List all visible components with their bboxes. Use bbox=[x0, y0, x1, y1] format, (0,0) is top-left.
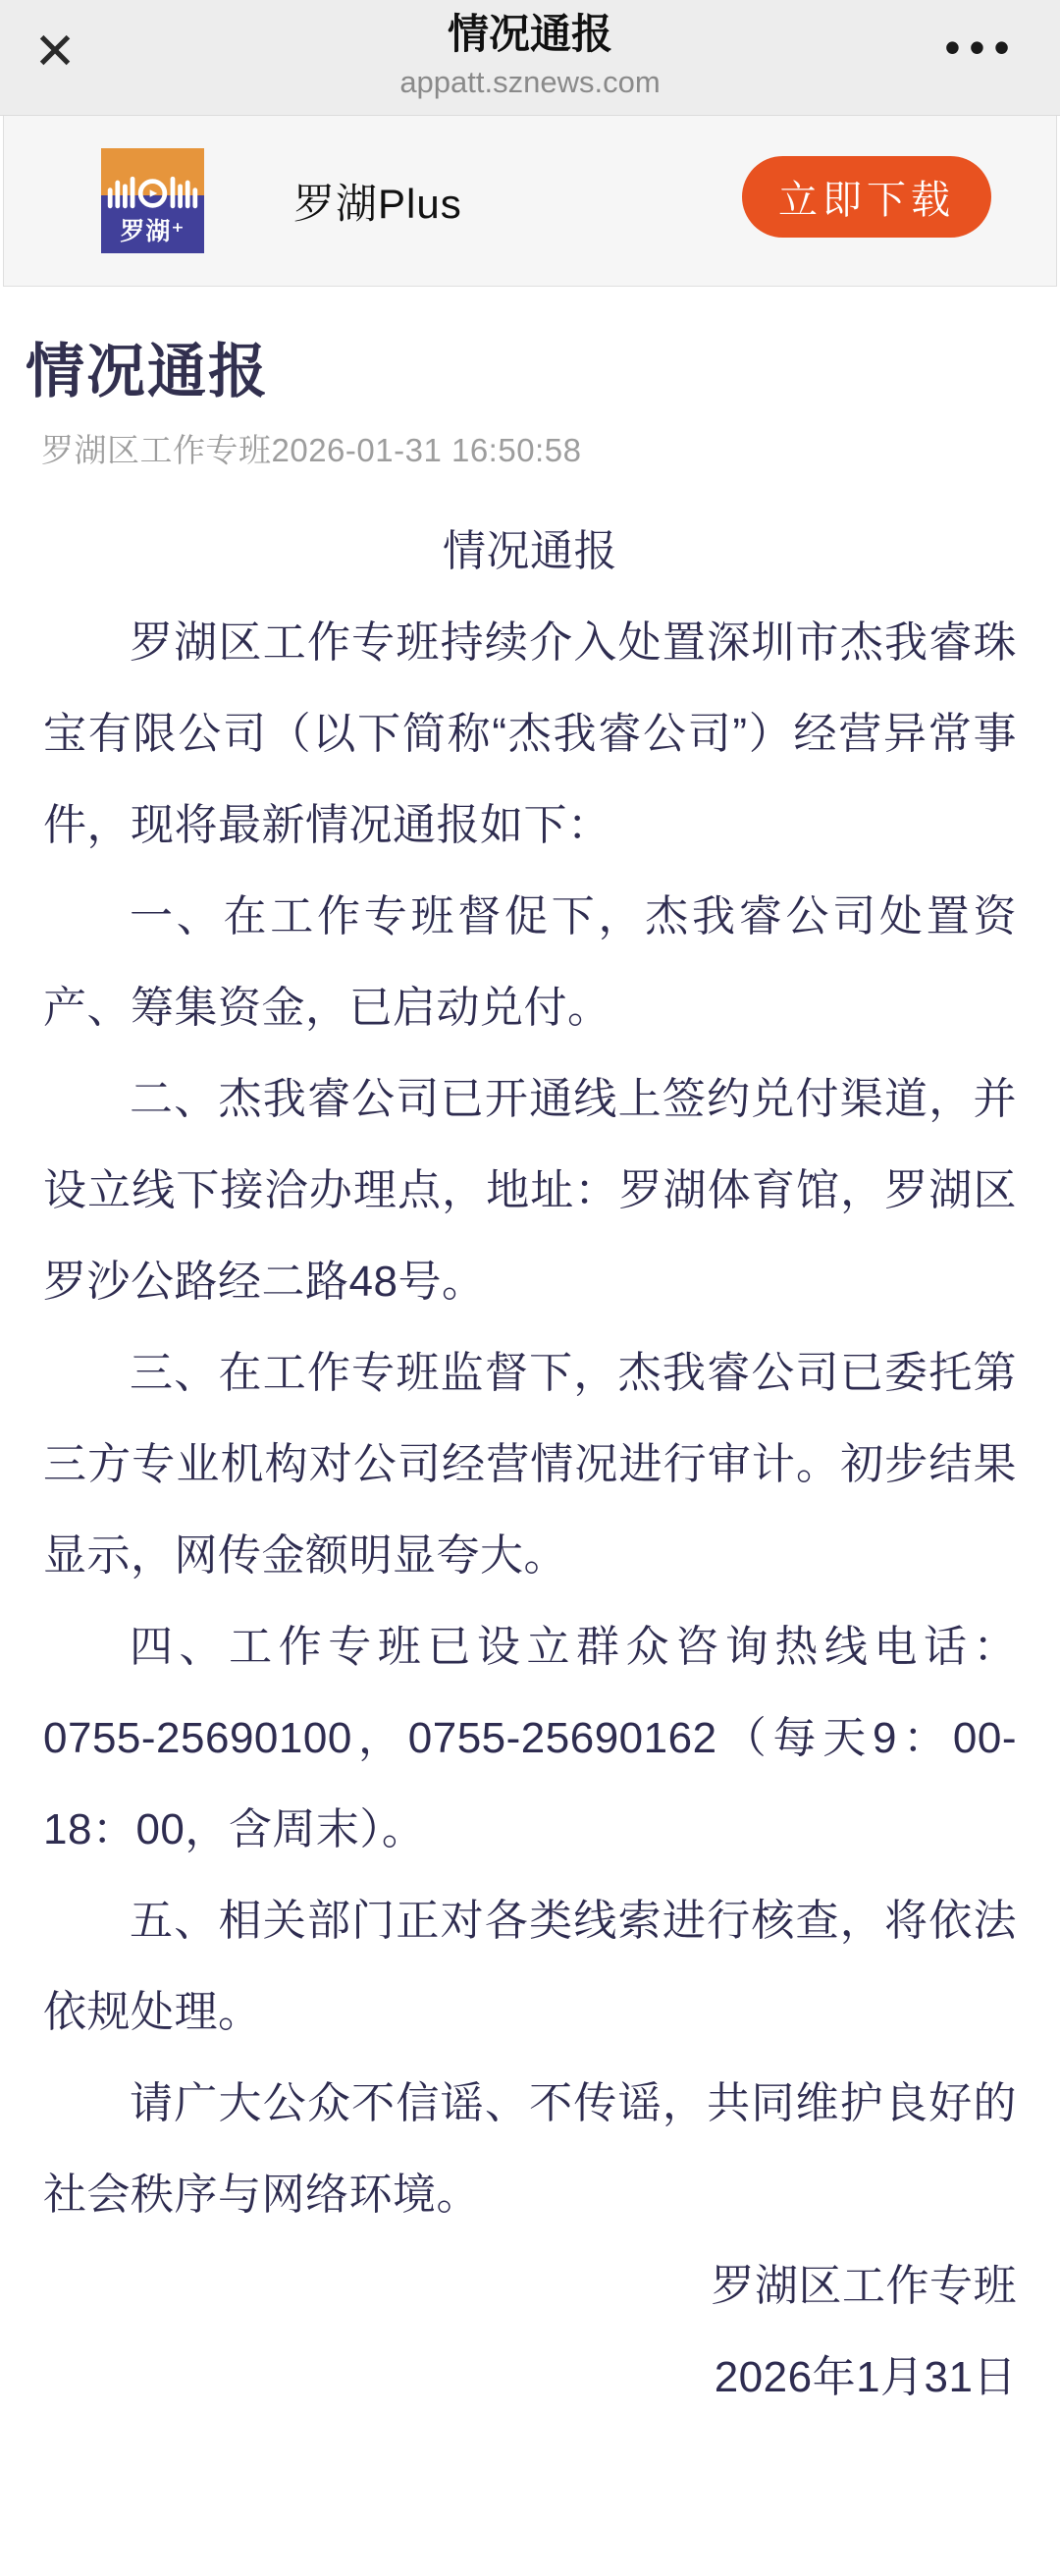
signature: 罗湖区工作专班 bbox=[43, 2240, 1017, 2332]
wechat-browser-page: { "topbar": { "title": "情况通报", "url": "a… bbox=[0, 0, 1060, 2576]
more-options-icon[interactable]: ••• bbox=[932, 8, 1031, 86]
close-icon[interactable]: ✕ bbox=[26, 18, 84, 86]
article-byline: 罗湖区工作专班2026-01-31 16:50:58 bbox=[26, 431, 1034, 470]
logo-label: 罗湖⁺ bbox=[101, 212, 204, 247]
page-title: 情况通报 bbox=[0, 0, 1060, 57]
download-now-button[interactable]: 立即下载 bbox=[742, 156, 991, 238]
paragraph: 四、工作专班已设立群众咨询热线电话：0755-25690100，0755-256… bbox=[43, 1601, 1017, 1875]
paragraph: 一、在工作专班督促下，杰我睿公司处置资产、筹集资金，已启动兑付。 bbox=[43, 871, 1017, 1053]
app-name: 罗湖Plus bbox=[293, 116, 462, 287]
article-header: 情况通报 罗湖区工作专班2026-01-31 16:50:58 bbox=[0, 338, 1060, 470]
luohu-wordmark-icon bbox=[104, 174, 201, 213]
luohu-plus-app-logo: 罗湖⁺ bbox=[101, 148, 204, 253]
article-body: 情况通报 罗湖区工作专班持续介入处置深圳市杰我睿珠宝有限公司（以下简称“杰我睿公… bbox=[0, 506, 1060, 2423]
body-title: 情况通报 bbox=[43, 506, 1017, 597]
app-download-banner: 罗湖⁺ 罗湖Plus 立即下载 bbox=[3, 116, 1057, 287]
paragraph: 请广大公众不信谣、不传谣，共同维护良好的社会秩序与网络环境。 bbox=[43, 2058, 1017, 2240]
signature-date: 2026年1月31日 bbox=[43, 2332, 1017, 2423]
paragraph: 五、相关部门正对各类线索进行核查，将依法依规处理。 bbox=[43, 1875, 1017, 2058]
page-url: appatt.sznews.com bbox=[0, 67, 1060, 97]
article: 情况通报 罗湖区工作专班2026-01-31 16:50:58 情况通报 罗湖区… bbox=[0, 338, 1060, 2423]
browser-topbar: ✕ 情况通报 appatt.sznews.com ••• bbox=[0, 0, 1060, 116]
paragraph: 三、在工作专班监督下，杰我睿公司已委托第三方专业机构对公司经营情况进行审计。初步… bbox=[43, 1327, 1017, 1601]
paragraph: 二、杰我睿公司已开通线上签约兑付渠道，并设立线下接洽办理点，地址：罗湖体育馆，罗… bbox=[43, 1053, 1017, 1327]
paragraph: 罗湖区工作专班持续介入处置深圳市杰我睿珠宝有限公司（以下简称“杰我睿公司”）经营… bbox=[43, 597, 1017, 871]
article-title: 情况通报 bbox=[26, 338, 1034, 405]
